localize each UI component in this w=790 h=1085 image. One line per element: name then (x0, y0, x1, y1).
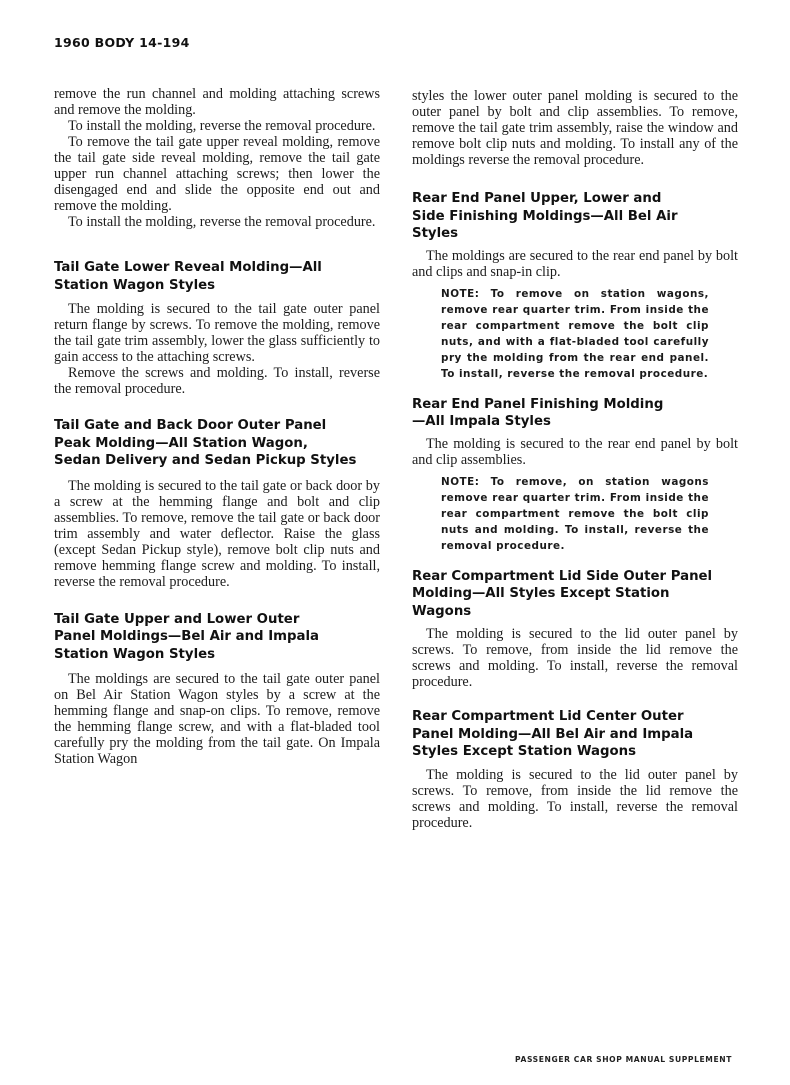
note-block: NOTE: To remove on station wagons, remov… (441, 286, 709, 382)
section-heading: Tail Gate Lower Reveal Molding—All Stati… (54, 259, 324, 294)
section-heading: Tail Gate Upper and Lower Outer Panel Mo… (54, 611, 344, 664)
note-block: NOTE: To remove, on station wagons remov… (441, 474, 709, 554)
page-footer: PASSENGER CAR SHOP MANUAL SUPPLEMENT (515, 1055, 732, 1064)
paragraph: To remove the tail gate upper reveal mol… (54, 134, 380, 214)
paragraph: remove the run channel and molding attac… (54, 86, 380, 118)
paragraph: The molding is secured to the tail gate … (54, 478, 380, 590)
left-column: remove the run channel and molding attac… (54, 86, 380, 767)
paragraph: The molding is secured to the lid outer … (412, 767, 738, 831)
paragraph: The molding is secured to the rear end p… (412, 436, 738, 468)
paragraph: The moldings are secured to the rear end… (412, 248, 738, 280)
page-header: 1960 BODY 14-194 (54, 35, 190, 50)
paragraph: To install the molding, reverse the remo… (54, 214, 380, 230)
right-column: styles the lower outer panel molding is … (412, 88, 738, 831)
paragraph: The moldings are secured to the tail gat… (54, 671, 380, 767)
section-heading: Rear Compartment Lid Center Outer Panel … (412, 708, 712, 761)
section-heading: Tail Gate and Back Door Outer Panel Peak… (54, 417, 359, 470)
paragraph: Remove the screws and molding. To instal… (54, 365, 380, 397)
paragraph: To install the molding, reverse the remo… (54, 118, 380, 134)
section-heading: Rear Compartment Lid Side Outer Panel Mo… (412, 568, 732, 621)
section-heading: Rear End Panel Upper, Lower and Side Fin… (412, 190, 697, 243)
paragraph: The molding is secured to the lid outer … (412, 626, 738, 690)
paragraph: styles the lower outer panel molding is … (412, 88, 738, 168)
paragraph: The molding is secured to the tail gate … (54, 301, 380, 365)
section-heading: Rear End Panel Finishing Molding—All Imp… (412, 396, 672, 431)
